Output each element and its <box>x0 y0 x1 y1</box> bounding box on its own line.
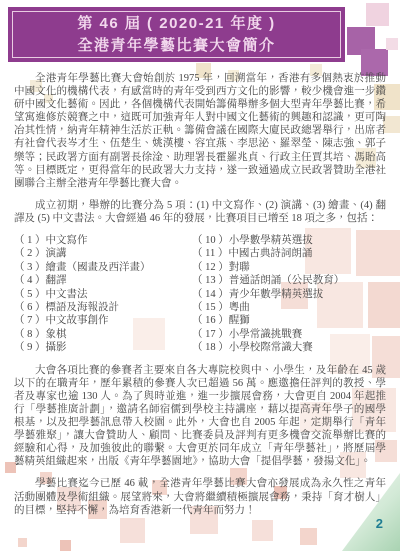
competition-item: （ 5 ）中文書法 <box>14 288 192 301</box>
competition-item: （ 2 ）演講 <box>14 247 192 260</box>
mosaic-square <box>120 518 145 543</box>
mosaic-square <box>300 528 317 545</box>
mosaic-square <box>18 538 27 547</box>
competition-row: （ 1 ）中文寫作 （ 10 ）小學數學精英選拔 <box>14 234 386 247</box>
competition-item: （ 8 ）象棋 <box>14 328 192 341</box>
mosaic-square <box>252 520 273 541</box>
competition-item: （ 13 ）普通話朗誦（公民教育） <box>192 274 386 287</box>
competition-item: （ 16 ）醒獅 <box>192 314 386 327</box>
competition-item: （ 18 ）小學校際常識大賽 <box>192 341 386 354</box>
competition-item: （ 3 ）繪畫（國畫及西洋畫） <box>14 261 192 274</box>
competition-row: （ 9 ）攝影 （ 18 ）小學校際常識大賽 <box>14 341 386 354</box>
competition-item: （ 1 ）中文寫作 <box>14 234 192 247</box>
mosaic-square <box>386 38 398 50</box>
competition-row: （ 7 ）中文故事創作 （ 16 ）醒獅 <box>14 314 386 327</box>
competition-item: （ 7 ）中文故事創作 <box>14 314 192 327</box>
paragraph-participants: 大會各項比賽的參賽者主要來自各大專院校與中、小學生，及年齡在 45 歲以下的在職… <box>14 364 386 469</box>
competition-item: （ 4 ）翻譯 <box>14 274 192 287</box>
paragraph-history: 全港青年學藝比賽大會始創於 1975 年，回溯當年，香港有多個熱衷於推動中國文化… <box>14 72 386 190</box>
page-title-line1: 第 46 屆 ( 2020-21 年度 ) <box>77 13 275 34</box>
page-number: 2 <box>376 516 383 531</box>
page-title-line2: 全港青年學藝比賽大會簡介 <box>77 35 275 56</box>
competition-item: （ 6 ）標語及海報設計 <box>14 301 192 314</box>
competition-item: （ 9 ）攝影 <box>14 341 192 354</box>
competition-item: （ 12 ）對聯 <box>192 261 386 274</box>
competition-item: （ 14 ）青少年數學精英選拔 <box>192 288 386 301</box>
competition-row: （ 8 ）象棋 （ 17 ）小學常識挑戰賽 <box>14 328 386 341</box>
competition-row: （ 3 ）繪畫（國畫及西洋畫） （ 12 ）對聯 <box>14 261 386 274</box>
competition-row: （ 6 ）標語及海報設計 （ 15 ）粵曲 <box>14 301 386 314</box>
competition-item: （ 11 ）中國古典詩詞朗誦 <box>192 247 386 260</box>
competition-row: （ 4 ）翻譯 （ 13 ）普通話朗誦（公民教育） <box>14 274 386 287</box>
competition-row: （ 5 ）中文書法 （ 14 ）青少年數學精英選拔 <box>14 288 386 301</box>
competition-item: （ 15 ）粵曲 <box>192 301 386 314</box>
title-banner: 第 46 屆 ( 2020-21 年度 ) 全港青年學藝比賽大會簡介 <box>8 7 345 62</box>
paragraph-early-years: 成立初期，舉辦的比賽分為 5 項：(1) 中文寫作、(2) 演講、(3) 繪畫、… <box>14 199 386 225</box>
paragraph-outlook: 學藝比賽迄今已歷 46 載，全港青年學藝比賽大會亦發展成為永久性之青年活動團體及… <box>14 477 386 516</box>
competition-row: （ 2 ）演講 （ 11 ）中國古典詩詞朗誦 <box>14 247 386 260</box>
competition-item: （ 17 ）小學常識挑戰賽 <box>192 328 386 341</box>
document-page: 第 46 屆 ( 2020-21 年度 ) 全港青年學藝比賽大會簡介 全港青年學… <box>0 0 400 551</box>
mosaic-square <box>366 3 389 26</box>
body-content: 全港青年學藝比賽大會始創於 1975 年，回溯當年，香港有多個熱衷於推動中國文化… <box>0 62 400 517</box>
competition-list: （ 1 ）中文寫作 （ 10 ）小學數學精英選拔 （ 2 ）演講 （ 11 ）中… <box>14 234 386 355</box>
mosaic-square <box>60 540 71 551</box>
competition-item: （ 10 ）小學數學精英選拔 <box>192 234 386 247</box>
